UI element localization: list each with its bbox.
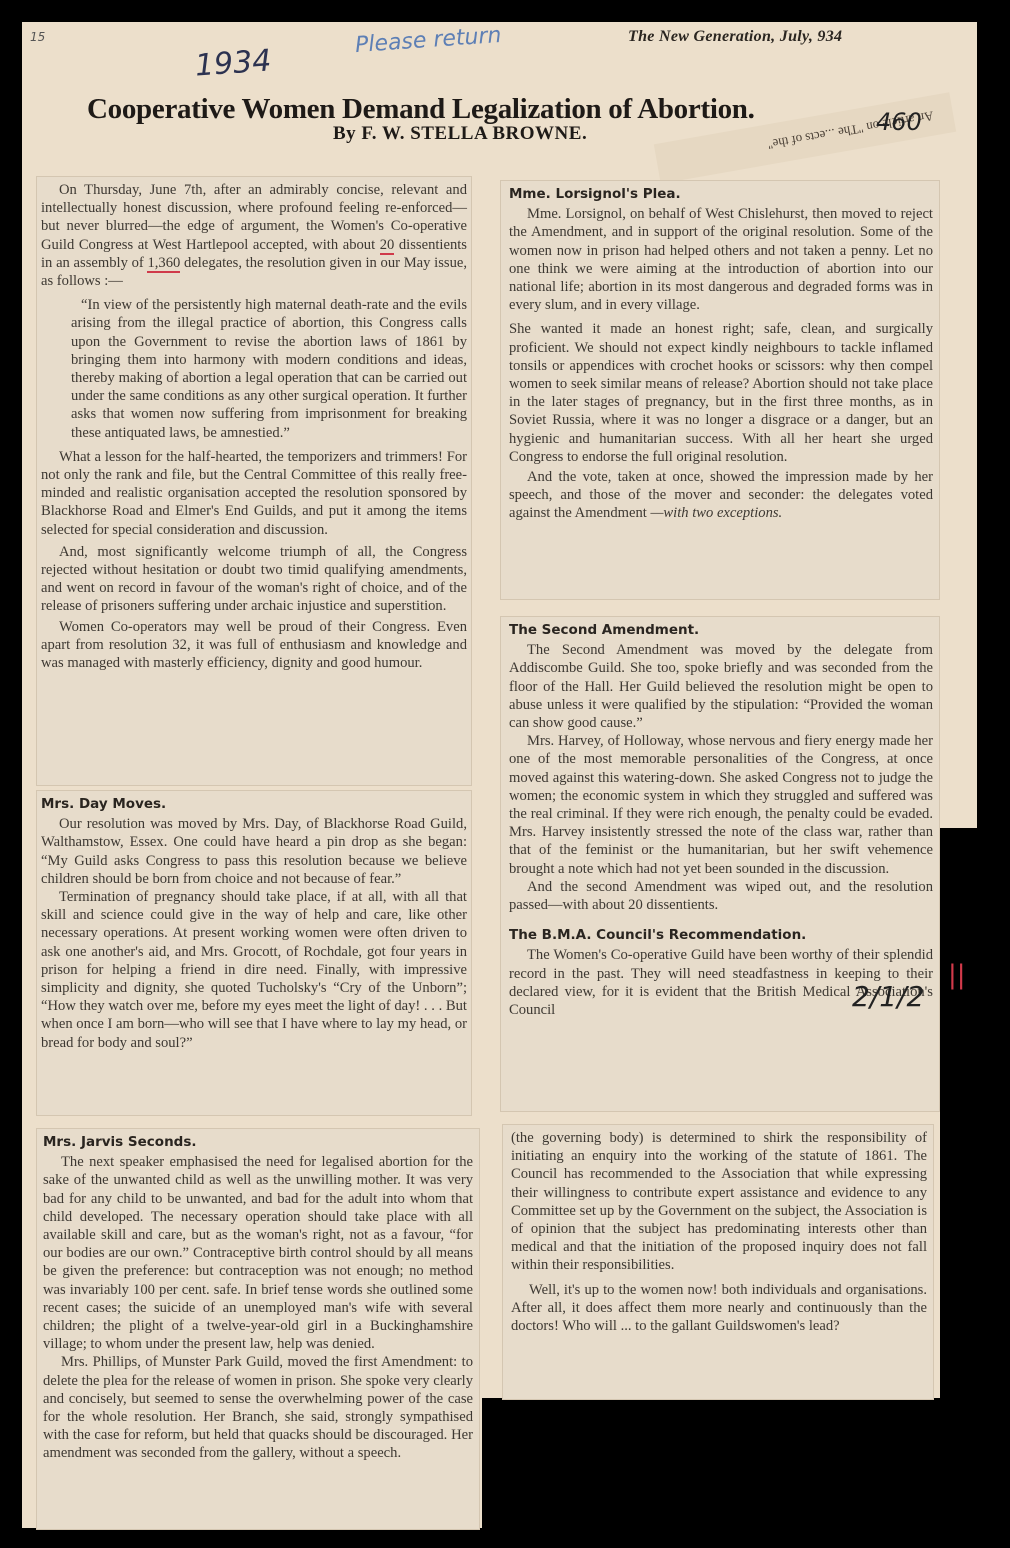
handwritten-year: 1934 (194, 43, 273, 83)
section-heading: The Second Amendment. (509, 621, 933, 639)
paragraph: And the vote, taken at once, showed the … (509, 468, 933, 523)
section-heading: The B.M.A. Council's Recommendation. (509, 926, 933, 944)
clipping-second-amendment: The Second Amendment. The Second Amendme… (500, 616, 940, 1112)
paragraph: Mrs. Harvey, of Holloway, whose nervous … (509, 732, 933, 878)
paragraph: Mme. Lorsignol, on behalf of West Chisle… (509, 205, 933, 314)
paragraph: And the second Amendment was wiped out, … (509, 878, 933, 914)
paragraph: Well, it's up to the women now! both ind… (511, 1281, 927, 1336)
clipping-jarvis-seconds: Mrs. Jarvis Seconds. The next speaker em… (36, 1128, 480, 1530)
handwritten-file-code: 2/1/2 (852, 980, 924, 1013)
torn-edge-bottom (482, 1398, 1010, 1548)
masthead: The New Generation, July, 934 (628, 28, 842, 46)
paragraph: What a lesson for the half-hearted, the … (41, 448, 467, 539)
paragraph: And, most significantly welcome triumph … (41, 543, 467, 616)
section-heading: Mrs. Jarvis Seconds. (43, 1133, 473, 1151)
paragraph: On Thursday, June 7th, after an admirabl… (41, 181, 467, 290)
paragraph: Women Co-operators may well be proud of … (41, 618, 467, 673)
resolution-quote: “In view of the persistently high matern… (71, 296, 467, 442)
section-heading: Mrs. Day Moves. (41, 795, 467, 813)
paragraph: She wanted it made an honest right; safe… (509, 320, 933, 466)
clipping-intro: On Thursday, June 7th, after an admirabl… (36, 176, 472, 786)
article-title: Cooperative Women Demand Legalization of… (87, 93, 887, 126)
bottom-border (0, 1528, 1010, 1548)
clipping-lorsignol: Mme. Lorsignol's Plea. Mme. Lorsignol, o… (500, 180, 940, 600)
article-byline: By F. W. STELLA BROWNE. (333, 123, 587, 145)
paragraph: Mrs. Phillips, of Munster Park Guild, mo… (43, 1353, 473, 1462)
handwritten-red-mark: || (948, 960, 966, 990)
paragraph: (the governing body) is determined to sh… (511, 1129, 927, 1275)
page-mark: 15 (30, 30, 45, 44)
handwritten-reference: 460 (876, 108, 922, 136)
clipping-day-moves: Mrs. Day Moves. Our resolution was moved… (36, 790, 472, 1116)
paragraph: Our resolution was moved by Mrs. Day, of… (41, 815, 467, 888)
section-heading: Mme. Lorsignol's Plea. (509, 185, 933, 203)
paragraph: The Second Amendment was moved by the de… (509, 641, 933, 732)
paragraph: Termination of pregnancy should take pla… (41, 888, 467, 1052)
paragraph: The next speaker emphasised the need for… (43, 1153, 473, 1353)
clipping-bma-continued: (the governing body) is determined to sh… (502, 1124, 934, 1400)
